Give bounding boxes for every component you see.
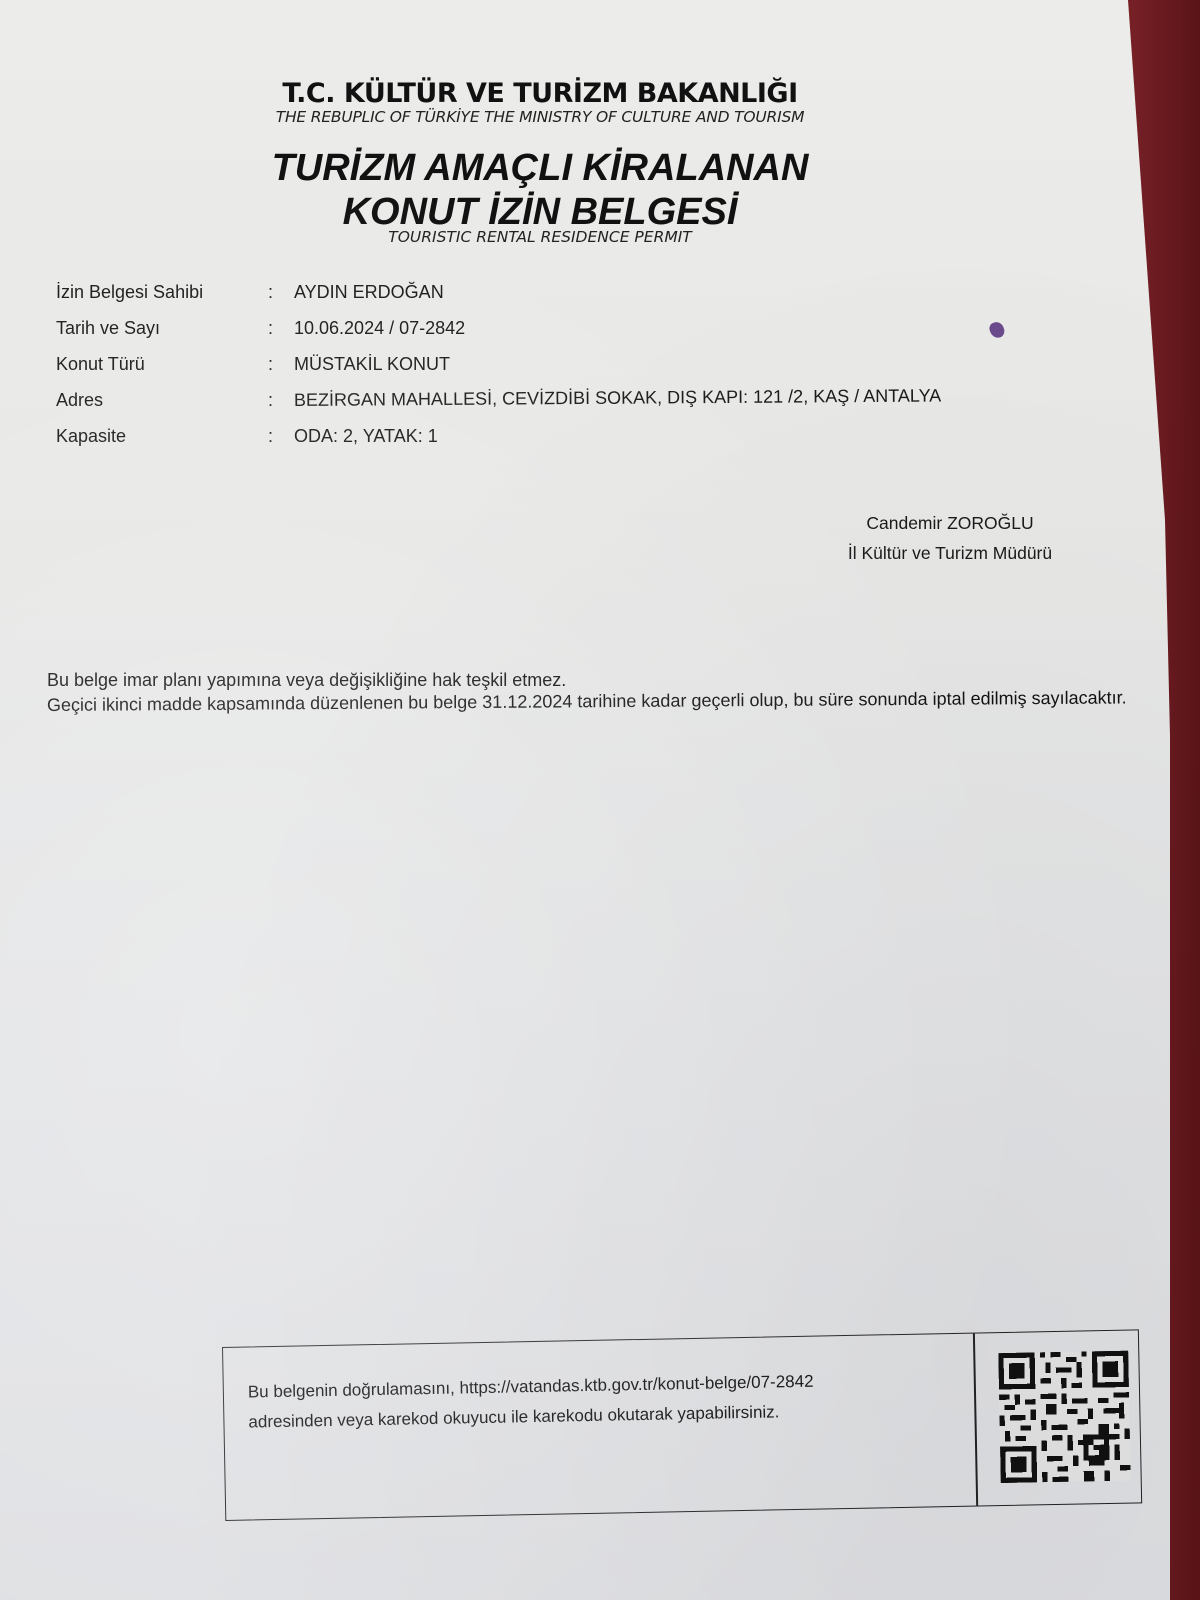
ministry-name: T.C. KÜLTÜR VE TURİZM BAKANLIĞI <box>270 78 810 109</box>
qr-code-icon[interactable] <box>998 1351 1130 1483</box>
field-value: 10.06.2024 / 07-2842 <box>294 318 465 339</box>
signatory-name: Candemir ZOROĞLU <box>830 513 1070 543</box>
field-value: BEZİRGAN MAHALLESİ, CEVİZDİBİ SOKAK, DIŞ… <box>294 385 941 411</box>
document-subtitle-english: TOURISTIC RENTAL RESIDENCE PERMIT <box>340 228 740 246</box>
verification-divider <box>973 1334 978 1506</box>
field-colon: : <box>268 354 273 375</box>
field-colon: : <box>268 426 273 447</box>
document-title-line1: TURİZM AMAÇLI KİRALANAN <box>240 146 840 190</box>
ministry-name-english: THE REBUPLIC OF TÜRKİYE THE MINISTRY OF … <box>230 108 850 126</box>
permit-document: T.C. KÜLTÜR VE TURİZM BAKANLIĞI THE REBU… <box>0 0 1170 1600</box>
field-value: ODA: 2, YATAK: 1 <box>294 426 438 447</box>
field-colon: : <box>268 318 273 339</box>
field-label: Tarih ve Sayı <box>56 318 160 339</box>
signatory-title: İl Kültür ve Turizm Müdürü <box>830 543 1070 573</box>
field-colon: : <box>268 282 273 303</box>
field-colon: : <box>268 390 273 411</box>
document-title: TURİZM AMAÇLI KİRALANAN KONUT İZİN BELGE… <box>240 146 840 234</box>
field-label: Adres <box>56 390 103 411</box>
field-value: AYDIN ERDOĞAN <box>294 282 444 303</box>
verification-text: Bu belgenin doğrulamasını, https://vatan… <box>248 1364 949 1437</box>
field-label: Konut Türü <box>56 354 145 375</box>
field-label: Kapasite <box>56 426 126 447</box>
legal-notice: Bu belge imar planı yapımına veya değişi… <box>47 668 1127 718</box>
signature-block: Candemir ZOROĞLU İl Kültür ve Turizm Müd… <box>830 513 1070 573</box>
field-label: İzin Belgesi Sahibi <box>56 282 203 303</box>
field-value: MÜSTAKİL KONUT <box>294 354 450 375</box>
verification-box: Bu belgenin doğrulamasını, https://vatan… <box>222 1329 1142 1521</box>
ink-mark <box>988 320 1007 340</box>
